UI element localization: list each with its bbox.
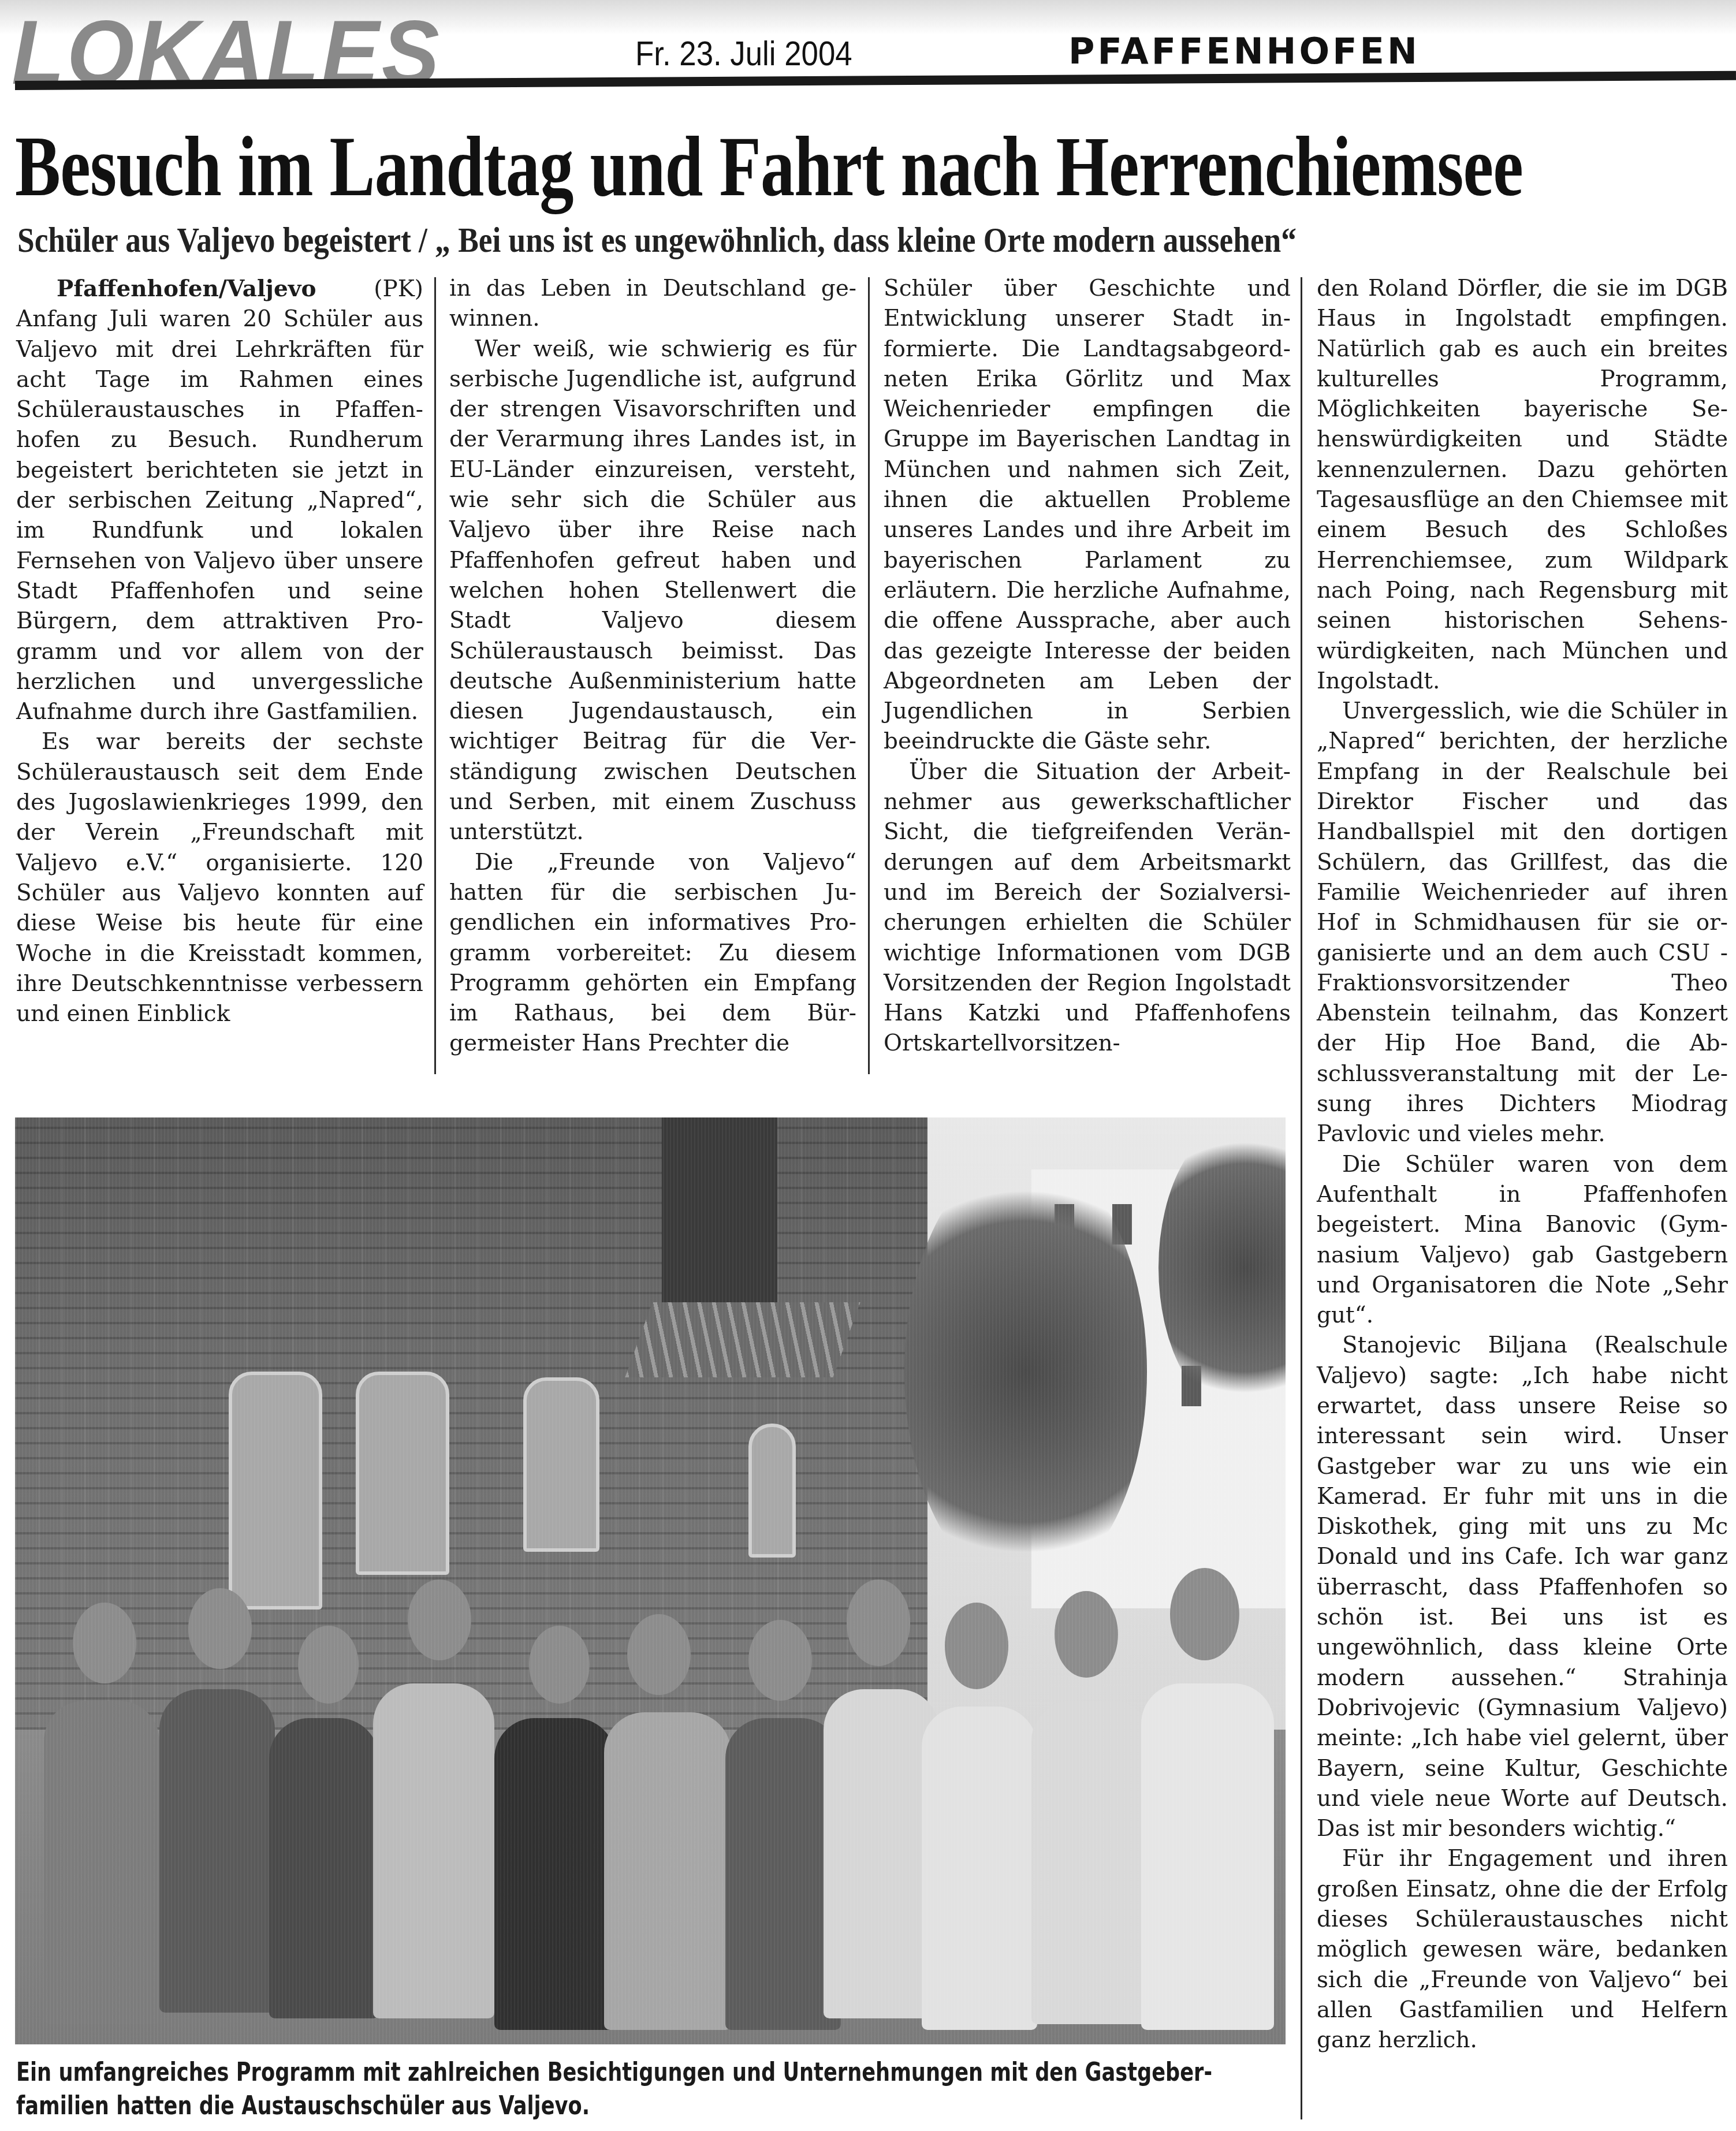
column-divider [868,277,870,1074]
paragraph: Unvergesslich, wie die Schüler in „Napre… [1317,696,1728,1149]
paragraph: den Roland Dörfler, die sie im DGB Haus … [1317,274,1728,696]
paragraph: Schüler über Geschichte und Entwicklung … [884,274,1291,757]
dateline: Pfaffenhofen/Valjevo [57,275,316,302]
local-section-name: PFAFFENHOFEN [1068,30,1420,72]
halftone-grain [15,1117,1286,2044]
column-divider [1301,277,1302,2119]
group-photo [15,1117,1286,2044]
article-column-4: den Roland Dörfler, die sie im DGB Haus … [1317,274,1728,2056]
photo-caption: Ein umfangreiches Programm mit zahlreich… [16,2056,1291,2123]
article-subheadline: Schüler aus Valjevo begeistert / „ Bei u… [17,222,1507,258]
article-column-3: Schüler über Geschichte und Entwicklung … [884,274,1291,1059]
paragraph: Wer weiß, wie schwierig es für serbische… [449,334,856,848]
paragraph: Stanojevic Biljana (Realschule Valjevo) … [1317,1331,1728,1844]
article-column-2: in das Leben in Deutschland ge­winnen. W… [449,274,856,1059]
issue-date: Fr. 23. Juli 2004 [635,33,852,73]
agency-tag: (PK) [374,276,423,302]
article-headline: Besuch im Landtag und Fahrt nach Herrenc… [15,124,1383,210]
paragraph: Über die Situation der Arbeit­nehmer aus… [884,757,1291,1059]
lead-paragraph: Pfaffenhofen/Valjevo (PK) Anfang Juli wa… [16,274,423,727]
paragraph: Es war bereits der sechste Schüleraustau… [16,727,423,1029]
paragraph-text: Anfang Juli waren 20 Schüler aus Valjevo… [16,306,423,725]
paragraph: Die Schüler waren von dem Aufenthalt in … [1317,1150,1728,1331]
paragraph: in das Leben in Deutschland ge­winnen. [449,274,856,334]
column-divider [434,277,436,1074]
paragraph: Für ihr Engagement und ihren großen Eins… [1317,1844,1728,2055]
paragraph: Die „Freunde von Valjevo“ hatten für die… [449,848,856,1059]
article-column-1: Pfaffenhofen/Valjevo (PK) Anfang Juli wa… [16,274,423,1029]
